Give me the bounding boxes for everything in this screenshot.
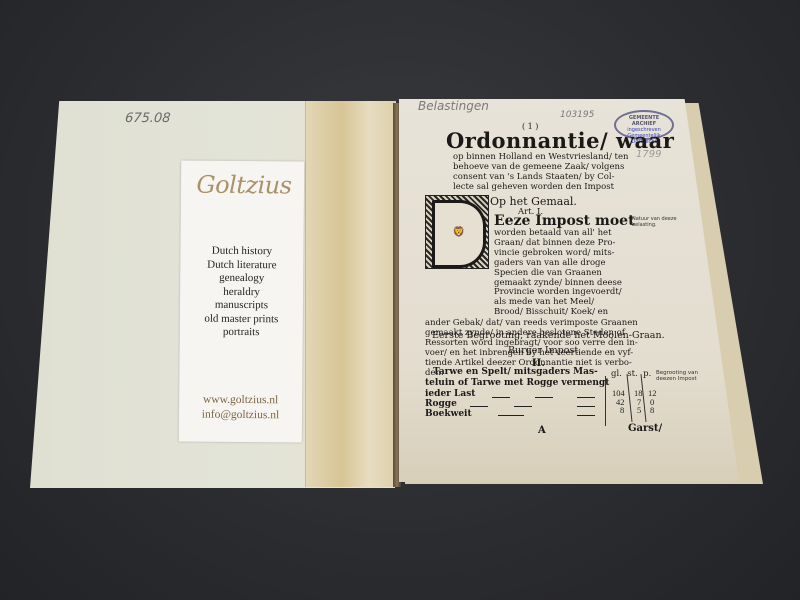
email: info@goltzius.nl — [179, 407, 302, 423]
margin-note: Natuur van deeze belasting. — [632, 216, 682, 228]
pencil-note-belastingen: Belastingen — [418, 99, 489, 113]
topic: Dutch history — [180, 244, 303, 259]
article-1-indented-text: worden betaald van all' het Graan/ dat b… — [494, 229, 622, 318]
lion-icon: 🦁 — [432, 200, 486, 268]
pencil-note-number: 103195 — [560, 110, 594, 120]
topic: old master prints — [180, 312, 303, 327]
table-bracket — [605, 376, 607, 426]
article-2-text: Tarwe en Spelt/ mitsgaders Mas- teluin o… — [425, 367, 609, 388]
topic: manuscripts — [180, 298, 303, 313]
goltzius-logo: Goltzius — [189, 171, 299, 200]
topic: Dutch literature — [180, 258, 303, 273]
table-row-labels: ieder Last Rogge Boekweit — [425, 389, 475, 419]
bookmark-contact: www.goltzius.nl info@goltzius.nl — [179, 392, 302, 423]
table-header-note: Begrooting van deezen Impost — [656, 370, 716, 382]
intro-text: op binnen Holland en Westvriesland/ ten … — [453, 152, 628, 192]
article-1-first-line: Eeze Impost moet — [494, 213, 635, 229]
left-cover-flap — [305, 101, 396, 487]
table-dashes — [480, 396, 600, 425]
topic: genealogy — [180, 271, 303, 286]
catchword-signature: A — [538, 425, 546, 436]
website: www.goltzius.nl — [179, 392, 302, 408]
topic: portraits — [180, 325, 303, 340]
document-title: Ordonnantie/ waar — [446, 128, 674, 153]
bookmark-topics: Dutch history Dutch literature genealogy… — [180, 244, 304, 340]
burger-impost: Burger Impost. — [508, 345, 581, 356]
catchword: Garst/ — [628, 423, 662, 434]
goltzius-bookmark: Goltzius Dutch history Dutch literature … — [179, 160, 304, 442]
topic: heraldry — [180, 285, 303, 300]
begrooting-title: Eerste Begrooting, raakende het Moolen-G… — [432, 330, 665, 341]
handwritten-reference: 675.08 — [124, 111, 171, 126]
table-headers: gl. st. p. — [611, 369, 651, 379]
decorated-initial-d-lion: 🦁 — [425, 195, 489, 269]
